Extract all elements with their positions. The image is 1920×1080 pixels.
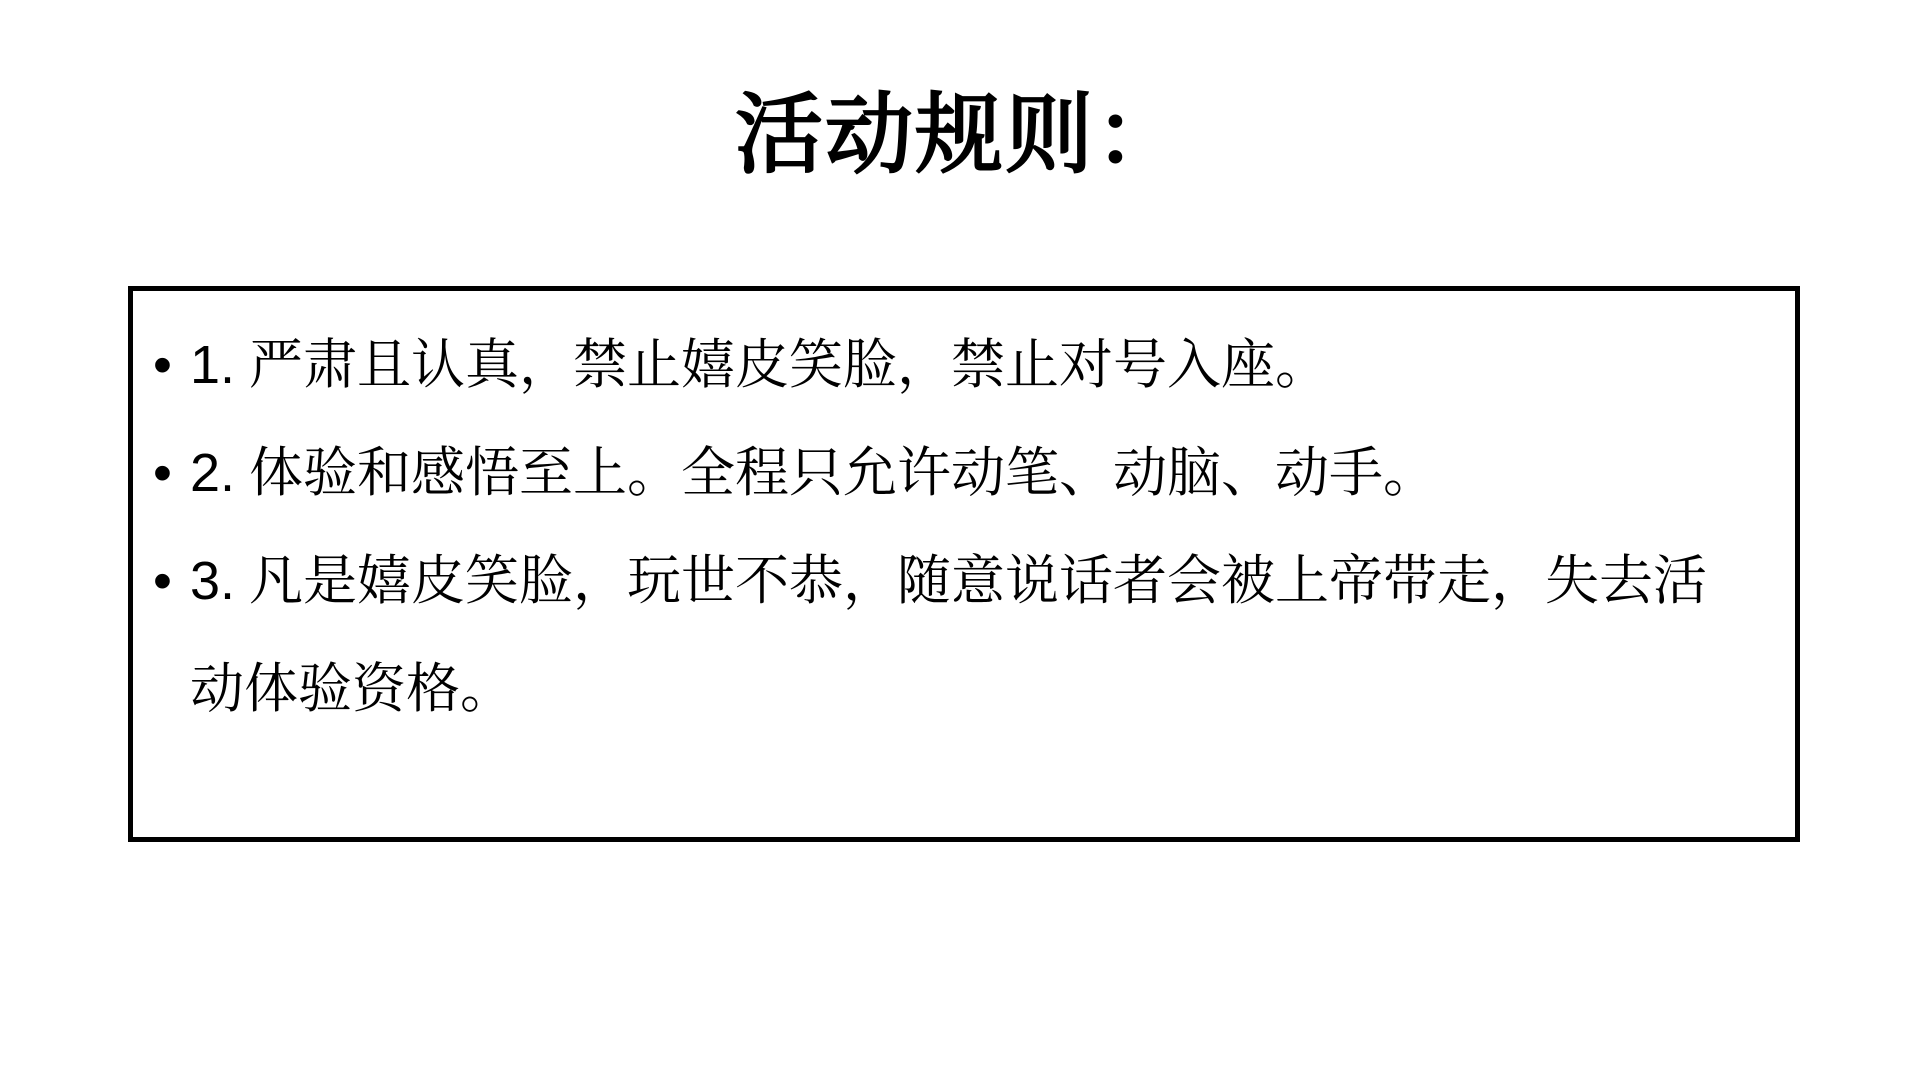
slide: 活动规则： • 1.严肃且认真，禁止嬉皮笑脸，禁止对号入座。 • 2.体验和感悟… <box>0 0 1920 1080</box>
rules-box: • 1.严肃且认真，禁止嬉皮笑脸，禁止对号入座。 • 2.体验和感悟至上。全程只… <box>128 286 1800 842</box>
rule-item: • 3.凡是嬉皮笑脸，玩世不恭，随意说话者会被上帝带走，失去活动体验资格。 <box>133 527 1720 743</box>
slide-title: 活动规则： <box>0 82 1920 188</box>
rule-text: 体验和感悟至上。全程只允许动笔、动脑、动手。 <box>249 443 1437 503</box>
rule-item: • 2.体验和感悟至上。全程只允许动笔、动脑、动手。 <box>133 419 1720 527</box>
rule-number: 2. <box>190 443 235 503</box>
rule-item: • 1.严肃且认真，禁止嬉皮笑脸，禁止对号入座。 <box>133 311 1720 419</box>
bullet-icon: • <box>153 419 172 527</box>
rule-text: 严肃且认真，禁止嬉皮笑脸，禁止对号入座。 <box>249 335 1329 395</box>
rule-number: 1. <box>190 335 235 395</box>
rule-text: 凡是嬉皮笑脸，玩世不恭，随意说话者会被上帝带走，失去活动体验资格。 <box>190 551 1707 719</box>
rule-number: 3. <box>190 551 235 611</box>
bullet-icon: • <box>153 527 172 635</box>
bullet-icon: • <box>153 311 172 419</box>
